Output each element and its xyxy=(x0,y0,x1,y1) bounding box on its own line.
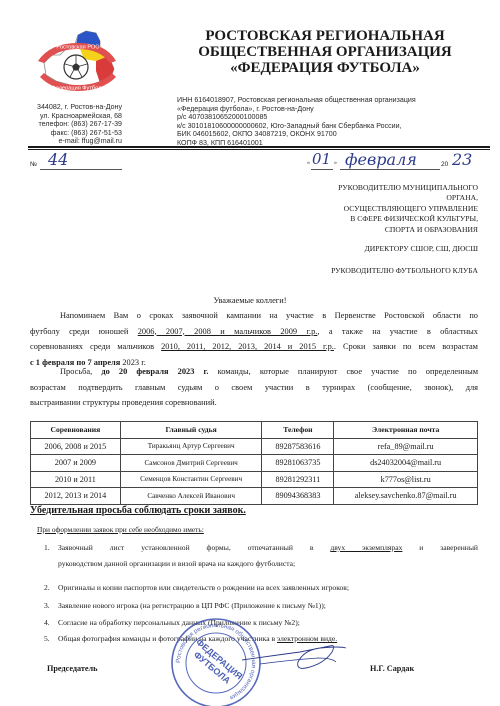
signatory-title: Председатель xyxy=(47,664,97,673)
judge-cell: Савченко Алексей Иванович xyxy=(120,488,262,505)
paragraph-line: выстраивании структуры проведения соревн… xyxy=(30,395,478,411)
table-header-row: Соревнования Главный судья Телефон Элект… xyxy=(31,422,478,439)
item-number: 3. xyxy=(44,598,50,614)
addressee-director: ДИРЕКТОРУ СШОР, СШ, ДЮСШ xyxy=(365,244,478,254)
date-month: февраля xyxy=(345,150,417,169)
competition-cell: 2006, 2008 и 2015 xyxy=(31,438,121,455)
org-title-line: РОСТОВСКАЯ РЕГИОНАЛЬНАЯ xyxy=(175,28,475,44)
email-line: e-mail: ffug@mail.ru xyxy=(20,137,122,146)
date-day: 01 xyxy=(312,150,331,168)
phone-line: телефон: (863) 267-17-39 xyxy=(20,120,122,129)
requirement-item-1: 1. Заявочный лист установленной формы, о… xyxy=(44,540,478,572)
table-row: 2012, 2013 и 2014 Савченко Алексей Ивано… xyxy=(31,488,478,505)
date-close-quote: » xyxy=(334,160,337,166)
table-row: 2010 и 2011 Семенцов Константин Сергееви… xyxy=(31,471,478,488)
addressee-line: РУКОВОДИТЕЛЮ МУНИЦИПАЛЬНОГО xyxy=(338,183,478,193)
paragraph-line: возрастам подтвердить главным судьям о с… xyxy=(30,380,478,396)
item-number: 5. xyxy=(44,631,50,647)
address-line: 344082, г. Ростов-на-Дону xyxy=(20,103,122,112)
date-year-prefix: 20 xyxy=(441,161,448,168)
bank-line: БИК 046015602, ОКПО 34087219, ОКОНХ 9170… xyxy=(177,130,497,139)
judges-table: Соревнования Главный судья Телефон Элект… xyxy=(30,421,478,505)
competition-cell: 2010 и 2011 xyxy=(31,471,121,488)
requirement-item-3: 3. Заявление нового игрока (на регистрац… xyxy=(44,598,478,614)
item-line: руководством данной организации и визой … xyxy=(58,556,478,572)
item-line: Оригиналы и копии паспортов или свидетел… xyxy=(58,580,478,596)
signatory-name: Н.Г. Сардак xyxy=(370,664,414,673)
phone-cell: 89281063735 xyxy=(262,455,334,472)
email-cell: k777os@list.ru xyxy=(334,471,478,488)
phone-cell: 89287583616 xyxy=(262,438,334,455)
judge-cell: Самсонов Дмитрий Сергеевич xyxy=(120,455,262,472)
addressee-line: СПОРТА И ОБРАЗОВАНИЯ xyxy=(338,225,478,235)
football-federation-emblem-icon: Ростовская РОО Федерация Футбола xyxy=(30,25,125,95)
competition-cell: 2007 и 2009 xyxy=(31,455,121,472)
email-cell: ds24032004@mail.ru xyxy=(334,455,478,472)
handwritten-signature xyxy=(240,638,350,678)
paragraph-deadlines: Напоминаем Вам о сроках заявочной кампан… xyxy=(30,308,478,370)
org-title-line: «ФЕДЕРАЦИЯ ФУТБОЛА» xyxy=(175,60,475,76)
date-open-quote: « xyxy=(307,160,310,166)
bank-line: «Федерация футбола», г. Ростов-на-Дону xyxy=(177,105,497,114)
bank-line: р/с 40703810652000100085 xyxy=(177,113,497,122)
judge-cell: Семенцов Константин Сергеевич xyxy=(120,471,262,488)
organization-title: РОСТОВСКАЯ РЕГИОНАЛЬНАЯ ОБЩЕСТВЕННАЯ ОРГ… xyxy=(175,28,475,76)
bank-line: к/с 30101810600000000602, Юго-Западный б… xyxy=(177,122,497,131)
column-header: Телефон xyxy=(262,422,334,439)
competition-cell: 2012, 2013 и 2014 xyxy=(31,488,121,505)
date-day-underline xyxy=(311,169,333,170)
date-month-underline xyxy=(340,169,440,170)
addressee-line: ОСУЩЕСТВЛЯЮЩЕГО УПРАВЛЕНИЕ xyxy=(338,204,478,214)
paragraph-line: футболу среди юношей 2006, 2007, 2008 и … xyxy=(30,324,478,340)
addressee-line: ОРГАНА, xyxy=(338,193,478,203)
requirements-intro: При оформлении заявок при себе необходим… xyxy=(37,525,204,534)
judge-cell: Тиракьянц Артур Сергеевич xyxy=(120,438,262,455)
column-header: Главный судья xyxy=(120,422,262,439)
bank-details: ИНН 6164018907, Ростовская региональная … xyxy=(177,96,497,148)
item-number: 4. xyxy=(44,615,50,631)
address-line: ул. Красноармейская, 68 xyxy=(20,112,122,121)
paragraph-line: Просьба, до 20 февраля 2023 г. команды, … xyxy=(30,364,478,380)
phone-cell: 89281292311 xyxy=(262,471,334,488)
table-row: 2007 и 2009 Самсонов Дмитрий Сергеевич 8… xyxy=(31,455,478,472)
federation-logo: Ростовская РОО Федерация Футбола xyxy=(30,25,125,95)
svg-text:Федерация Футбола: Федерация Футбола xyxy=(52,86,106,92)
greeting: Уважаемые коллеги! xyxy=(0,296,500,305)
addressee-line: В СФЕРЕ ФИЗИЧЕСКОЙ КУЛЬТУРЫ, xyxy=(338,214,478,224)
paragraph-line: Напоминаем Вам о сроках заявочной кампан… xyxy=(30,308,478,324)
bank-line: ИНН 6164018907, Ростовская региональная … xyxy=(177,96,497,105)
item-line: Заявочный лист установленной формы, отпе… xyxy=(58,540,478,556)
svg-text:Ростовская РОО: Ростовская РОО xyxy=(56,45,100,51)
requirement-item-2: 2. Оригиналы и копии паспортов или свиде… xyxy=(44,580,478,596)
header-divider xyxy=(28,146,490,148)
phone-cell: 89094368383 xyxy=(262,488,334,505)
addressee-line: ДИРЕКТОРУ СШОР, СШ, ДЮСШ xyxy=(365,244,478,254)
addressee-line: РУКОВОДИТЕЛЮ ФУТБОЛЬНОГО КЛУБА xyxy=(331,266,478,276)
paragraph-request: Просьба, до 20 февраля 2023 г. команды, … xyxy=(30,364,478,411)
number-label: № xyxy=(30,161,37,168)
item-number: 2. xyxy=(44,580,50,596)
header-divider-thin xyxy=(28,149,490,150)
email-cell: aleksey.savchenko.87@mail.ru xyxy=(334,488,478,505)
requirements-heading: Убедительная просьба соблюдать сроки зая… xyxy=(30,505,246,516)
letter-number: 44 xyxy=(48,150,68,169)
number-underline xyxy=(40,169,122,170)
item-line: Заявление нового игрока (на регистрацию … xyxy=(58,598,478,614)
addressee-club: РУКОВОДИТЕЛЮ ФУТБОЛЬНОГО КЛУБА xyxy=(331,266,478,276)
table-row: 2006, 2008 и 2015 Тиракьянц Артур Сергее… xyxy=(31,438,478,455)
fax-line: факс: (863) 267-51-53 xyxy=(20,129,122,138)
addressee-municipal: РУКОВОДИТЕЛЮ МУНИЦИПАЛЬНОГО ОРГАНА, ОСУЩ… xyxy=(338,183,478,235)
organization-address: 344082, г. Ростов-на-Дону ул. Красноарме… xyxy=(20,103,122,146)
org-title-line: ОБЩЕСТВЕННАЯ ОРГАНИЗАЦИЯ xyxy=(175,44,475,60)
paragraph-line: соревнованиях среди мальчиков 2010, 2011… xyxy=(30,339,478,355)
item-line: Согласие на обработку персональных данны… xyxy=(58,615,478,631)
date-year-suffix: 23 xyxy=(452,150,472,169)
item-number: 1. xyxy=(44,540,50,556)
column-header: Соревнования xyxy=(31,422,121,439)
email-cell: refa_89@mail.ru xyxy=(334,438,478,455)
signature-scribble-icon xyxy=(240,638,350,678)
column-header: Электронная почта xyxy=(334,422,478,439)
